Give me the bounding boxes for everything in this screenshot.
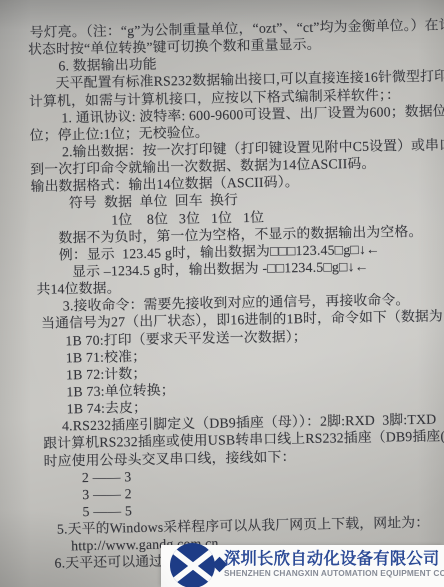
logo-circle-icon (170, 543, 215, 587)
scanned-manual-page: 号灯亮。（注：“g”为公制重量单位，“ozt”、“ct”均为金衡单位。）在计数 … (0, 0, 444, 587)
manual-text-block: 号灯亮。（注：“g”为公制重量单位，“ozt”、“ct”均为金衡单位。）在计数 … (0, 16, 444, 573)
company-name-cn: 深圳长欣自动化设备有限公司 (224, 545, 442, 569)
company-logo-icon (170, 543, 215, 587)
company-name-en: SHENZHEN CHANGXIN AUTOMATION EQUIPMENT C… (224, 568, 442, 578)
company-watermark: 深圳长欣自动化设备有限公司 SHENZHEN CHANGXIN AUTOMATI… (161, 545, 444, 587)
